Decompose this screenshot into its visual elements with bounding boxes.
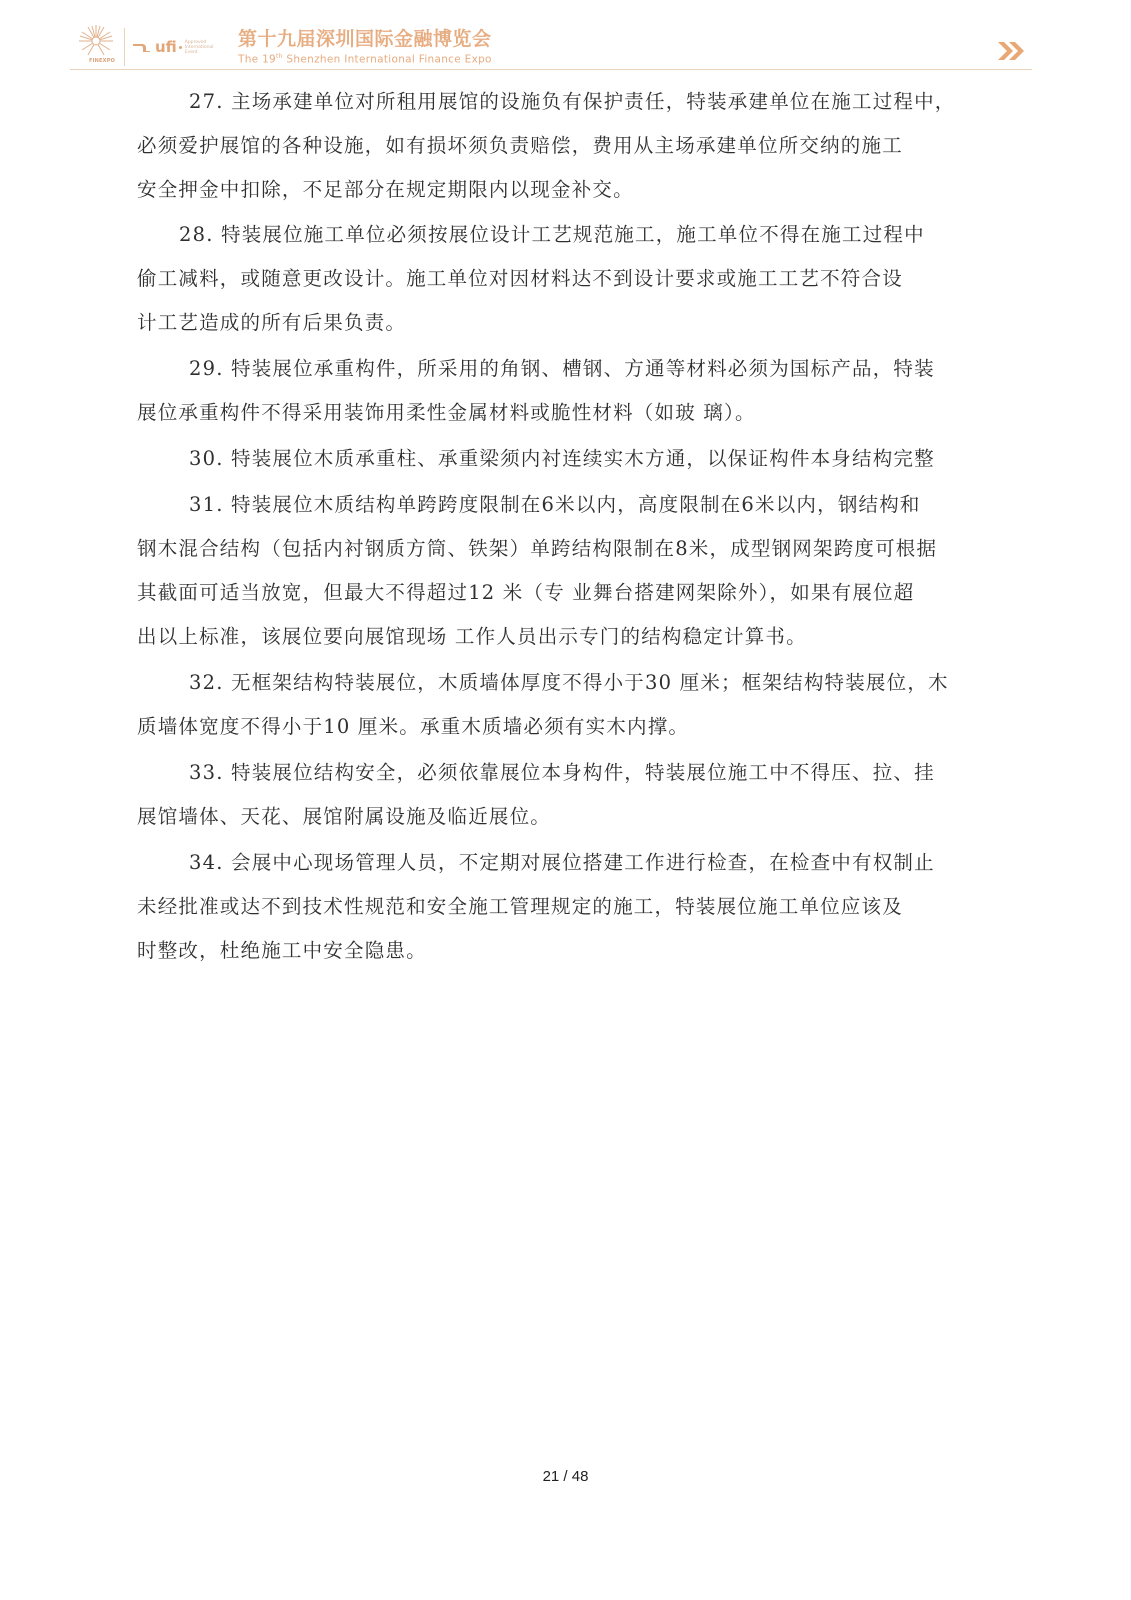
clause-34: 34. 会展中心现场管理人员，不定期对展位搭建工作进行检查，在检查中有权制止 未…	[137, 841, 987, 973]
clause-line: 34. 会展中心现场管理人员，不定期对展位搭建工作进行检查，在检查中有权制止	[137, 841, 987, 885]
clause-line: 29. 特装展位承重构件，所采用的角钢、槽钢、方通等材料必须为国标产品，特装	[137, 347, 987, 391]
clause-line: 钢木混合结构（包括内衬钢质方筒、铁架）单跨结构限制在8米，成型钢网架跨度可根据	[137, 527, 987, 571]
ufi-wordmark: ufi	[155, 40, 177, 55]
clause-line: 出以上标准，该展位要向展馆现场 工作人员出示专门的结构稳定计算书。	[137, 615, 987, 659]
clause-line: 必须爱护展馆的各种设施，如有损坏须负责赔偿，费用从主场承建单位所交纳的施工	[137, 124, 987, 168]
expo-title-en: The 19th Shenzhen International Finance …	[238, 51, 492, 66]
clause-line: 偷工减料，或随意更改设计。施工单位对因材料达不到设计要求或施工工艺不符合设	[137, 257, 987, 301]
ufi-logo: ufi Approved International Event	[133, 36, 214, 58]
clause-line: 展馆墙体、天花、展馆附属设施及临近展位。	[137, 795, 987, 839]
ufi-dot	[179, 46, 182, 49]
ufi-mark-icon	[133, 42, 153, 52]
expo-title-cn: 第十九届深圳国际金融博览会	[238, 28, 492, 50]
clause-line: 安全押金中扣除，不足部分在规定期限内以现金补交。	[137, 168, 987, 212]
clause-line: 32. 无框架结构特装展位，木质墙体厚度不得小于30 厘米；框架结构特装展位，木	[137, 661, 987, 705]
clause-31: 31. 特装展位木质结构单跨跨度限制在6米以内，高度限制在6米以内，钢结构和 钢…	[137, 483, 987, 659]
clause-line: 时整改，杜绝施工中安全隐患。	[137, 929, 987, 973]
clause-29: 29. 特装展位承重构件，所采用的角钢、槽钢、方通等材料必须为国标产品，特装 展…	[137, 347, 987, 435]
clause-30: 30. 特装展位木质承重柱、承重梁须内衬连续实木方通，以保证构件本身结构完整	[137, 437, 987, 481]
clause-line: 计工艺造成的所有后果负责。	[137, 301, 987, 345]
clause-line: 展位承重构件不得采用装饰用柔性金属材料或脆性材料（如玻 璃）。	[137, 391, 987, 435]
clause-28: 28. 特装展位施工单位必须按展位设计工艺规范施工，施工单位不得在施工过程中 偷…	[137, 213, 987, 345]
clause-line: 未经批准或达不到技术性规范和安全施工管理规定的施工，特装展位施工单位应该及	[137, 885, 987, 929]
clause-line: 30. 特装展位木质承重柱、承重梁须内衬连续实木方通，以保证构件本身结构完整	[137, 437, 987, 481]
clause-27: 27. 主场承建单位对所租用展馆的设施负有保护责任，特装承建单位在施工过程中， …	[137, 80, 987, 212]
page-header: FINEXPO ufi Approved International Event…	[70, 22, 1032, 70]
clause-line: 其截面可适当放宽，但最大不得超过12 米（专 业舞台搭建网架除外），如果有展位超	[137, 571, 987, 615]
clause-line: 33. 特装展位结构安全，必须依靠展位本身构件，特装展位施工中不得压、拉、挂	[137, 751, 987, 795]
document-body: 27. 主场承建单位对所租用展馆的设施负有保护责任，特装承建单位在施工过程中， …	[137, 80, 987, 974]
ufi-approved-text: Approved International Event	[185, 40, 214, 55]
sunburst-icon	[76, 24, 116, 58]
header-divider	[70, 69, 1032, 70]
page-number: 21 / 48	[0, 1468, 1131, 1485]
double-chevron-right-icon[interactable]	[996, 40, 1028, 62]
clause-line: 质墙体宽度不得小于10 厘米。承重木质墙必须有实木内撑。	[137, 705, 987, 749]
header-separator	[124, 28, 125, 66]
clause-line: 31. 特装展位木质结构单跨跨度限制在6米以内，高度限制在6米以内，钢结构和	[137, 483, 987, 527]
clause-33: 33. 特装展位结构安全，必须依靠展位本身构件，特装展位施工中不得压、拉、挂 展…	[137, 751, 987, 839]
finexpo-logo: FINEXPO	[76, 24, 116, 68]
clause-32: 32. 无框架结构特装展位，木质墙体厚度不得小于30 厘米；框架结构特装展位，木…	[137, 661, 987, 749]
clause-line: 27. 主场承建单位对所租用展馆的设施负有保护责任，特装承建单位在施工过程中，	[137, 80, 987, 124]
clause-line: 28. 特装展位施工单位必须按展位设计工艺规范施工，施工单位不得在施工过程中	[137, 213, 987, 257]
finexpo-label: FINEXPO	[76, 58, 128, 64]
